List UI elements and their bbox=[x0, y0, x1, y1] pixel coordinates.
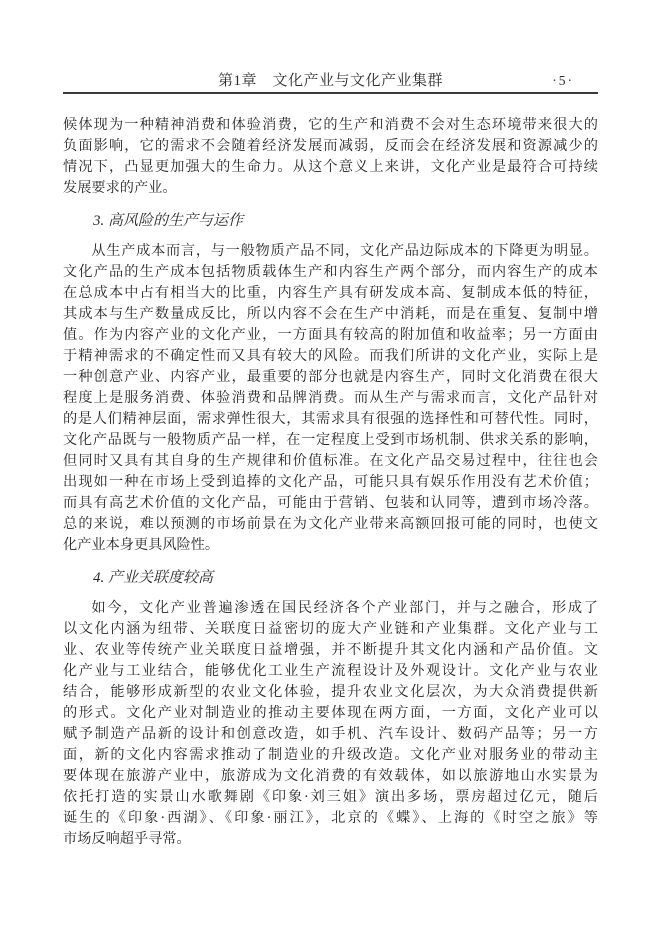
paragraph-line: 于精神需求的不确定性而又具有较大的风险。而我们所讲的文化产业，实际上是 bbox=[63, 346, 598, 367]
section-heading: 3. 高风险的生产与运作 bbox=[63, 211, 598, 232]
paragraph-line: 出现如一种在市场上受到追捧的文化产品，可能只具有娱乐作用没有艺术价值； bbox=[63, 472, 598, 493]
section-heading: 4. 产业关联度较高 bbox=[63, 568, 598, 589]
paragraph-line: 的形式。文化产业对制造业的推动主要体现在两方面，一方面，文化产业可以 bbox=[63, 703, 598, 724]
paragraph-line: 值。作为内容产业的文化产业，一方面具有较高的附加值和收益率；另一方面由 bbox=[63, 325, 598, 346]
page-body: 候体现为一种精神消费和体验消费，它的生产和消费不会对生态环境带来很大的负面影响，… bbox=[63, 115, 598, 850]
paragraph-line: 一种创意产业、内容产业，最重要的部分也就是内容生产，同时文化消费在很大 bbox=[63, 367, 598, 388]
paragraph-line: 如今，文化产业普遍渗透在国民经济各个产业部门，并与之融合，形成了 bbox=[63, 598, 598, 619]
paragraph-line: 从生产成本而言，与一般物质产品不同，文化产品边际成本的下降更为明显。 bbox=[63, 241, 598, 262]
chapter-title: 第1章 文化产业与文化产业集群 bbox=[63, 71, 598, 91]
paragraph-line: 文化产品的生产成本包括物质载体生产和内容生产两个部分，而内容生产的成本 bbox=[63, 262, 598, 283]
paragraph-line: 业、农业等传统产业关联度日益增强，并不断提升其文化内涵和产品价值。文 bbox=[63, 640, 598, 661]
paragraph: 如今，文化产业普遍渗透在国民经济各个产业部门，并与之融合，形成了以文化内涵为纽带… bbox=[63, 598, 598, 850]
paragraph-line: 要体现在旅游产业中，旅游成为文化消费的有效载体，如以旅游地山水实景为 bbox=[63, 766, 598, 787]
page-number: ·5· bbox=[552, 71, 574, 91]
paragraph-line: 赋予制造产品新的设计和创意改造，如手机、汽车设计、数码产品等；另一方 bbox=[63, 724, 598, 745]
paragraph: 从生产成本而言，与一般物质产品不同，文化产品边际成本的下降更为明显。文化产品的生… bbox=[63, 241, 598, 556]
paragraph-line: 诞生的《印象·西湖》、《印象·丽江》，北京的《蝶》、上海的《时空之旅》等 bbox=[63, 808, 598, 829]
paragraph-line: 候体现为一种精神消费和体验消费，它的生产和消费不会对生态环境带来很大的 bbox=[63, 115, 598, 136]
paragraph-line: 程度上是服务消费、体验消费和品牌消费。而从生产与需求而言，文化产品针对 bbox=[63, 388, 598, 409]
paragraph-line: 市场反响超乎寻常。 bbox=[63, 829, 598, 850]
paragraph-line: 以文化内涵为纽带、关联度日益密切的庞大产业链和产业集群。文化产业与工 bbox=[63, 619, 598, 640]
paragraph-line: 依托打造的实景山水歌舞剧《印象·刘三姐》演出多场，票房超过亿元，随后 bbox=[63, 787, 598, 808]
paragraph-line: 总的来说，难以预测的市场前景在为文化产业带来高额回报可能的同时，也使文 bbox=[63, 514, 598, 535]
paragraph-line: 而具有高艺术价值的文化产品，可能由于营销、包装和认同等，遭到市场冷落。 bbox=[63, 493, 598, 514]
paragraph-line: 化产业本身更具风险性。 bbox=[63, 535, 598, 556]
paragraph-line: 化产业与工业结合，能够优化工业生产流程设计及外观设计。文化产业与农业 bbox=[63, 661, 598, 682]
page-header: 第1章 文化产业与文化产业集群 ·5· bbox=[63, 71, 598, 91]
book-page: 第1章 文化产业与文化产业集群 ·5· 候体现为一种精神消费和体验消费，它的生产… bbox=[0, 0, 661, 925]
paragraph-line: 在总成本中占有相当大的比重，内容生产具有研发成本高、复制成本低的特征， bbox=[63, 283, 598, 304]
paragraph-line: 文化产品既与一般物质产品一样，在一定程度上受到市场机制、供求关系的影响， bbox=[63, 430, 598, 451]
paragraph-line: 结合，能够形成新型的农业文化体验，提升农业文化层次，为大众消费提供新 bbox=[63, 682, 598, 703]
paragraph-line: 负面影响，它的需求不会随着经济发展而减弱，反而会在经济发展和资源减少的 bbox=[63, 136, 598, 157]
header-rule bbox=[63, 92, 598, 94]
paragraph: 候体现为一种精神消费和体验消费，它的生产和消费不会对生态环境带来很大的负面影响，… bbox=[63, 115, 598, 199]
paragraph-line: 情况下，凸显更加强大的生命力。从这个意义上来讲，文化产业是最符合可持续 bbox=[63, 157, 598, 178]
paragraph-line: 其成本与生产数量成反比，所以内容不会在生产中消耗，而是在重复、复制中增 bbox=[63, 304, 598, 325]
paragraph-line: 但同时又具有其自身的生产规律和价值标准。在文化产品交易过程中，往往也会 bbox=[63, 451, 598, 472]
paragraph-line: 发展要求的产业。 bbox=[63, 178, 598, 199]
paragraph-line: 的是人们精神层面，需求弹性很大，其需求具有很强的选择性和可替代性。同时， bbox=[63, 409, 598, 430]
paragraph-line: 面，新的文化内容需求推动了制造业的升级改造。文化产业对服务业的带动主 bbox=[63, 745, 598, 766]
